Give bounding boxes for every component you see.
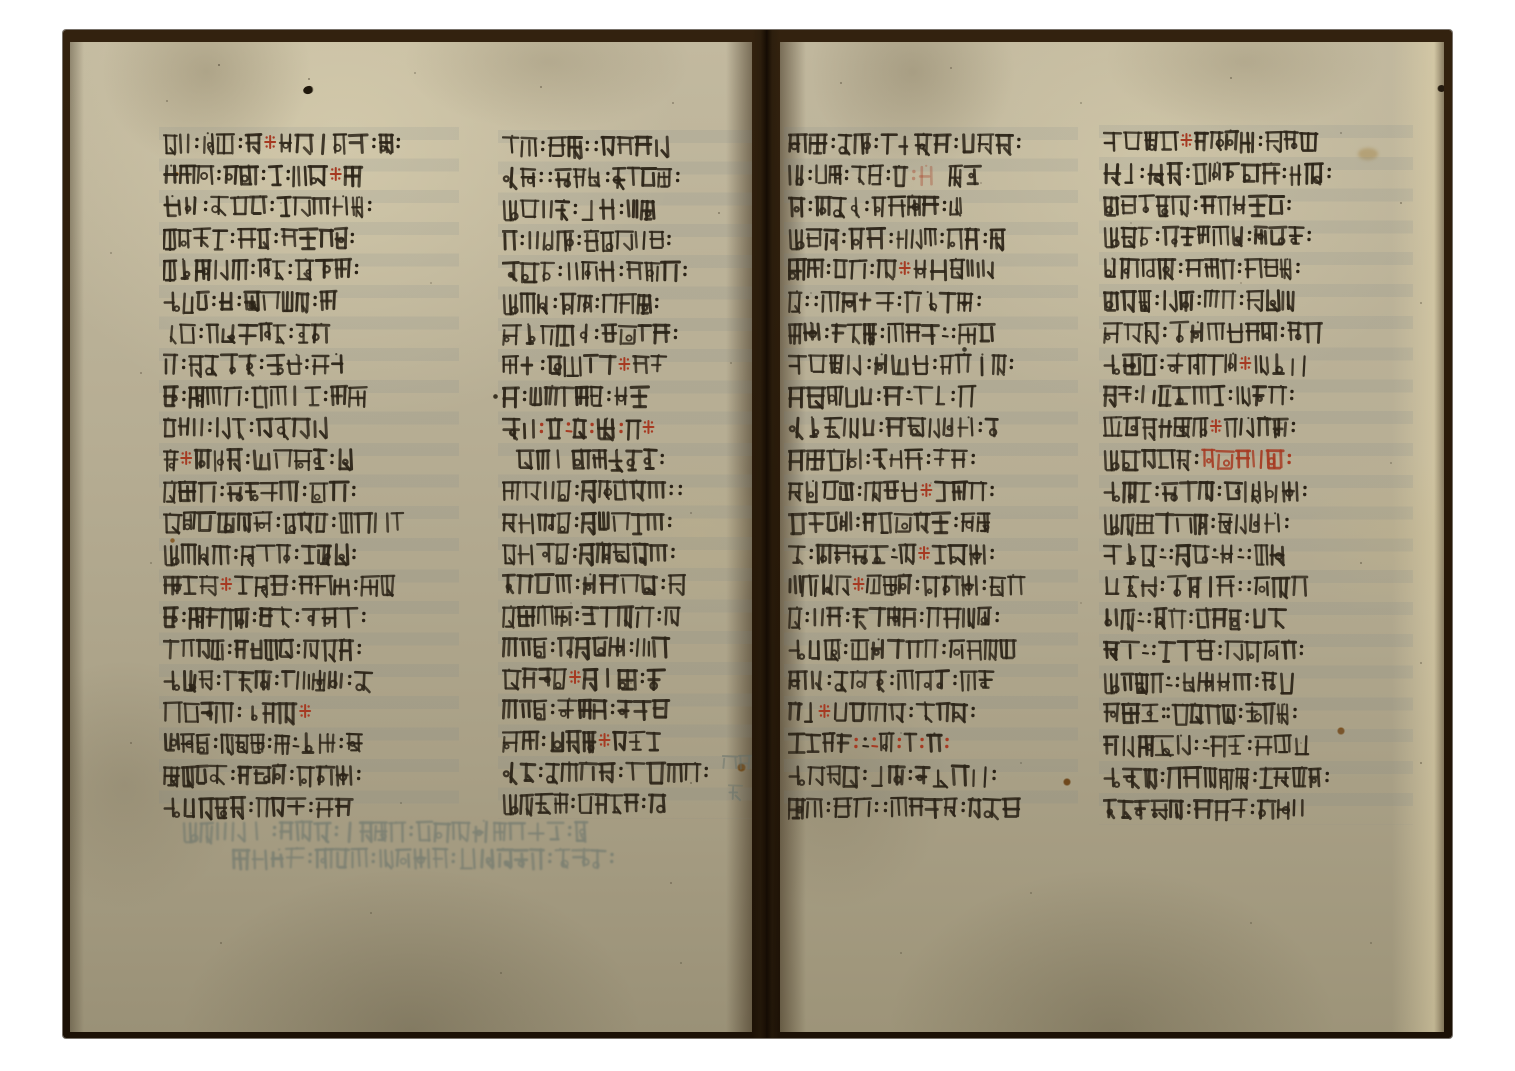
ink-speckles bbox=[780, 42, 782, 44]
ink-dot bbox=[493, 394, 498, 399]
ink-blot bbox=[1437, 85, 1444, 92]
text-line bbox=[1103, 223, 1316, 250]
text-line bbox=[788, 667, 997, 694]
text-line bbox=[502, 665, 668, 692]
text-line bbox=[502, 571, 688, 598]
text-line bbox=[1103, 128, 1322, 155]
text-line bbox=[163, 478, 361, 505]
text-column-B bbox=[502, 133, 752, 826]
text-line bbox=[1103, 764, 1334, 791]
text-line bbox=[788, 794, 1023, 821]
text-line bbox=[788, 509, 993, 536]
marginal-mark-text bbox=[728, 782, 746, 804]
text-line bbox=[1103, 287, 1299, 314]
ghost-text bbox=[232, 845, 619, 872]
text-line bbox=[502, 540, 680, 567]
text-line bbox=[163, 541, 361, 568]
text-line bbox=[502, 321, 683, 348]
text-line bbox=[1103, 255, 1305, 282]
text-line bbox=[163, 288, 340, 315]
ghost-text bbox=[182, 818, 592, 845]
text-line bbox=[788, 699, 980, 726]
text-line bbox=[163, 256, 364, 283]
text-line bbox=[1103, 319, 1325, 346]
text-line bbox=[163, 509, 408, 536]
text-line bbox=[1103, 510, 1294, 537]
text-line bbox=[502, 696, 673, 723]
text-line bbox=[163, 130, 405, 157]
text-line bbox=[163, 193, 377, 220]
book bbox=[63, 30, 1452, 1038]
text-line bbox=[1103, 541, 1290, 568]
text-line bbox=[788, 225, 1009, 252]
text-line bbox=[788, 383, 979, 410]
text-line bbox=[788, 414, 1001, 441]
text-line bbox=[502, 415, 659, 442]
text-line bbox=[502, 790, 668, 817]
text-line bbox=[163, 572, 398, 599]
text-line bbox=[1103, 669, 1300, 696]
text-line bbox=[163, 699, 316, 726]
text-line bbox=[502, 759, 713, 786]
right-page bbox=[780, 42, 1444, 1032]
text-line bbox=[788, 541, 999, 568]
text-column-D bbox=[1103, 128, 1409, 832]
text-line bbox=[163, 636, 366, 663]
text-line bbox=[163, 383, 371, 410]
text-line bbox=[502, 352, 670, 379]
text-line bbox=[502, 258, 692, 285]
manuscript-photo bbox=[0, 0, 1515, 1071]
text-line bbox=[502, 509, 677, 536]
text-line bbox=[788, 288, 986, 315]
left-page bbox=[70, 42, 752, 1032]
ink-blot bbox=[302, 85, 315, 95]
text-line bbox=[788, 446, 980, 473]
text-line bbox=[502, 446, 669, 473]
text-line bbox=[502, 196, 658, 223]
text-line bbox=[502, 133, 674, 160]
text-line bbox=[788, 162, 984, 189]
text-line bbox=[1103, 637, 1309, 664]
text-line bbox=[1103, 605, 1290, 632]
text-line bbox=[163, 320, 333, 347]
text-line bbox=[163, 762, 366, 789]
text-line bbox=[1103, 160, 1336, 187]
text-line bbox=[502, 728, 664, 755]
text-column-C bbox=[788, 130, 1074, 829]
text-line bbox=[788, 730, 954, 757]
text-line bbox=[163, 794, 356, 821]
text-line bbox=[788, 193, 967, 220]
binding-gutter bbox=[752, 30, 780, 1038]
text-line bbox=[502, 164, 685, 191]
text-line bbox=[1103, 351, 1311, 378]
text-line bbox=[163, 730, 365, 757]
text-line bbox=[163, 162, 366, 189]
text-line bbox=[163, 604, 371, 631]
text-line bbox=[1103, 796, 1308, 823]
marginal-mark-text bbox=[722, 752, 752, 774]
text-line bbox=[1103, 414, 1301, 441]
text-line bbox=[788, 351, 1019, 378]
text-line bbox=[502, 634, 673, 661]
text-line bbox=[1103, 446, 1296, 473]
text-line bbox=[502, 477, 687, 504]
text-column-A bbox=[163, 130, 455, 829]
text-line bbox=[1103, 478, 1312, 505]
text-line bbox=[788, 478, 999, 505]
text-line bbox=[788, 762, 1001, 789]
text-line bbox=[502, 227, 676, 254]
text-line bbox=[502, 603, 684, 630]
text-line bbox=[163, 446, 356, 473]
text-line bbox=[502, 383, 653, 410]
text-line bbox=[1103, 732, 1314, 759]
text-line bbox=[1103, 192, 1296, 219]
text-line bbox=[788, 572, 1028, 599]
text-line bbox=[788, 320, 998, 347]
text-line bbox=[163, 667, 376, 694]
text-line bbox=[163, 414, 333, 441]
text-line bbox=[1103, 573, 1311, 600]
text-line bbox=[1103, 382, 1299, 409]
text-line bbox=[788, 636, 1019, 663]
text-line bbox=[163, 225, 359, 252]
text-line bbox=[788, 604, 1004, 631]
text-line bbox=[1103, 700, 1302, 727]
text-line bbox=[502, 290, 664, 317]
text-line bbox=[788, 256, 999, 283]
ink-speckles bbox=[70, 42, 72, 44]
text-line bbox=[788, 130, 1026, 157]
text-line bbox=[163, 351, 350, 378]
